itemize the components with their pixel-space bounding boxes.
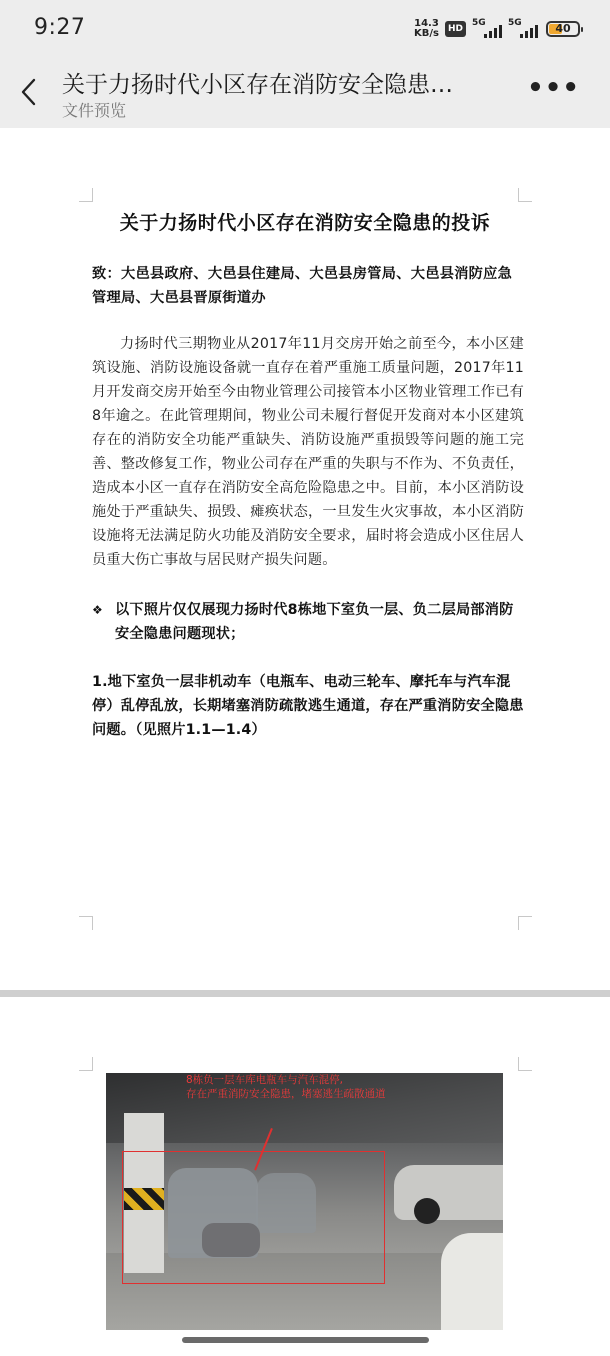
- document-bullet-item: ❖ 以下照片仅仅展现力扬时代8栋地下室负一层、负二层局部消防安全隐患问题现状；: [92, 598, 524, 646]
- parking-garage-photo: 8栋负一层车库电瓶车与汽车混停, 存在严重消防安全隐患，堵塞逃生疏散通道: [106, 1073, 503, 1330]
- document-title: 关于力扬时代小区存在消防安全隐患的投诉: [0, 208, 610, 235]
- status-bar: 9:27 14.3 KB/s HD 5G 5G 40: [0, 0, 610, 56]
- app-header: 关于力扬时代小区存在消防安全隐患… 文件预览 •••: [0, 56, 610, 128]
- document-addressee: 致：大邑县政府、大邑县住建局、大邑县房管局、大邑县消防应急管理局、大邑县晋原街道…: [92, 262, 524, 310]
- chevron-left-icon: [16, 72, 46, 112]
- parked-car-foreground: [441, 1233, 503, 1330]
- diamond-bullet-icon: ❖: [92, 598, 103, 622]
- margin-mark-top-right: [518, 1057, 532, 1071]
- clock: 9:27: [34, 15, 85, 40]
- hd-voice-icon: HD: [445, 21, 466, 37]
- photo-annotation: 8栋负一层车库电瓶车与汽车混停, 存在严重消防安全隐患，堵塞逃生疏散通道: [186, 1073, 386, 1101]
- back-button[interactable]: [16, 72, 46, 112]
- margin-mark-top-left: [79, 1057, 93, 1071]
- parked-car: [394, 1165, 503, 1220]
- more-options-button[interactable]: •••: [527, 78, 580, 98]
- page-separator: [0, 990, 610, 997]
- margin-mark-bottom-left: [79, 916, 93, 930]
- file-subtitle: 文件预览: [62, 98, 126, 121]
- annotation-highlight-box: [122, 1151, 385, 1284]
- margin-mark-top-left: [79, 188, 93, 202]
- document-item-1: 1.地下室负一层非机动车（电瓶车、电动三轮车、摩托车与汽车混停）乱停乱放，长期堵…: [92, 670, 524, 742]
- margin-mark-top-right: [518, 188, 532, 202]
- signal-icon-sim2: 5G: [508, 18, 538, 40]
- battery-icon: 40: [546, 21, 580, 37]
- home-indicator[interactable]: [182, 1337, 429, 1343]
- network-speed: 14.3 KB/s: [414, 19, 439, 39]
- status-icons: 14.3 KB/s HD 5G 5G 40: [414, 16, 580, 42]
- more-horizontal-icon: •••: [527, 73, 580, 103]
- document-body-paragraph: 力扬时代三期物业从2017年11月交房开始之前至今，本小区建筑设施、消防设施设备…: [92, 332, 524, 572]
- margin-mark-bottom-right: [518, 916, 532, 930]
- file-title: 关于力扬时代小区存在消防安全隐患…: [62, 66, 453, 99]
- signal-icon-sim1: 5G: [472, 18, 502, 40]
